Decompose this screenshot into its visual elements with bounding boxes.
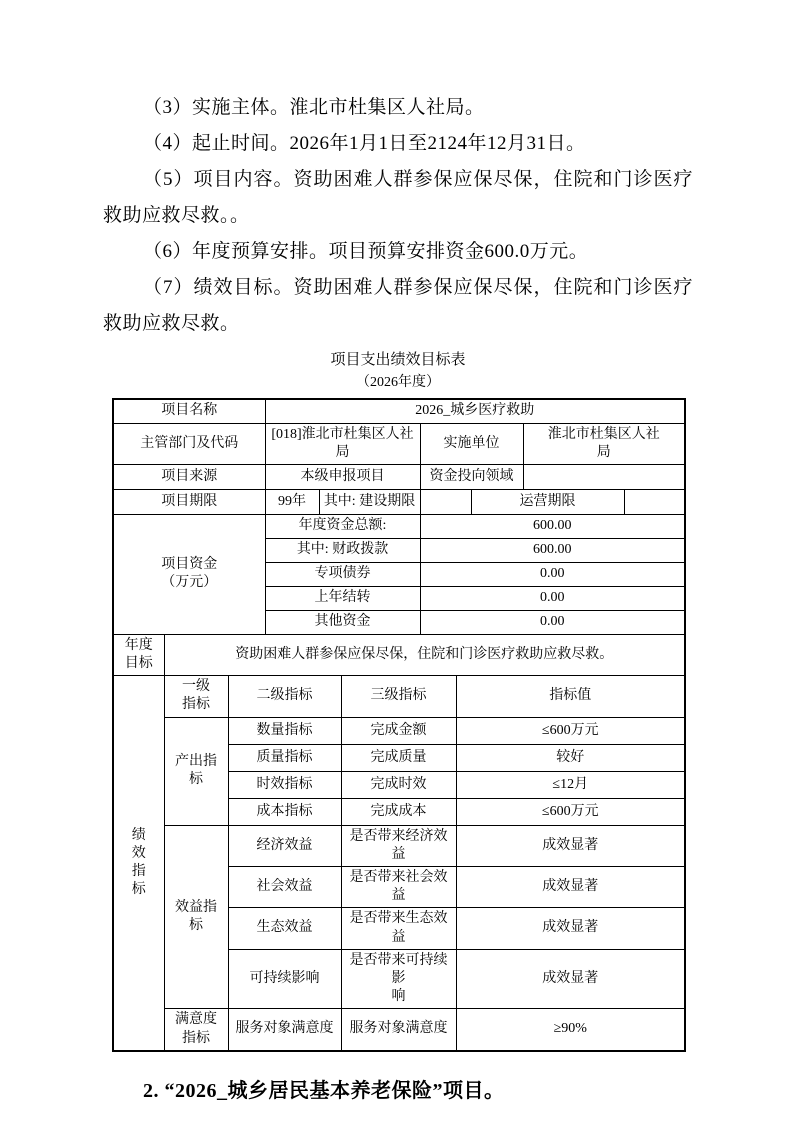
table-title: 项目支出绩效目标表 (103, 348, 693, 372)
project-name-label: 项目名称 (113, 399, 265, 423)
funds-row-label: 专项债券 (265, 562, 420, 586)
perf-value: 成效显著 (456, 867, 685, 908)
perf-value: ≤600万元 (456, 717, 685, 744)
perf-l2: 数量指标 (228, 717, 341, 744)
table-row: 项目来源 本级申报项目 资金投向领域 (113, 464, 685, 489)
perf-l3: 是否带来社会效益 (341, 867, 456, 908)
perf-l2: 成本指标 (228, 798, 341, 825)
table-row: 满意度 指标 服务对象满意度 服务对象满意度 ≥90% (113, 1009, 685, 1051)
perf-value: 成效显著 (456, 825, 685, 866)
paragraph-3: （3）实施主体。淮北市杜集区人社局。 (103, 90, 693, 126)
table-row: 效益指 标 经济效益 是否带来经济效益 成效显著 (113, 825, 685, 866)
perf-l2: 社会效益 (228, 867, 341, 908)
paragraph-7: （7）绩效目标。资助困难人群参保应保尽保，住院和门诊医疗救助应救尽救。 (103, 270, 693, 342)
perf-l2: 质量指标 (228, 744, 341, 771)
perf-header-l3: 三级指标 (341, 676, 456, 717)
performance-target-table: 项目名称 2026_城乡医疗救助 主管部门及代码 [018]淮北市杜集区人社局 … (112, 398, 686, 1052)
perf-l3: 是否带来可持续影 响 (341, 949, 456, 1009)
perf-header-l1: 一级 指标 (164, 676, 228, 717)
annual-goal-label: 年度 目标 (113, 634, 164, 675)
funds-row-value: 600.00 (420, 514, 685, 538)
funds-row-value: 0.00 (420, 586, 685, 610)
perf-header-l2: 二级指标 (228, 676, 341, 717)
fund-field-value (523, 464, 685, 489)
funds-label: 项目资金 （万元） (113, 514, 265, 634)
perf-l3: 完成金额 (341, 717, 456, 744)
perf-l3: 完成成本 (341, 798, 456, 825)
perf-group-satisfaction: 满意度 指标 (164, 1009, 228, 1051)
perf-value: ≤600万元 (456, 798, 685, 825)
table-row: 项目名称 2026_城乡医疗救助 (113, 399, 685, 423)
fund-field-label: 资金投向领域 (420, 464, 523, 489)
perf-l3: 是否带来生态效益 (341, 908, 456, 949)
project-name-value: 2026_城乡医疗救助 (265, 399, 685, 423)
funds-row-label: 上年结转 (265, 586, 420, 610)
period-value: 99年 (265, 489, 319, 514)
perf-l2: 经济效益 (228, 825, 341, 866)
impl-unit-label: 实施单位 (420, 423, 523, 464)
dept-label: 主管部门及代码 (113, 423, 265, 464)
funds-row-label: 其他资金 (265, 610, 420, 634)
op-period-value (624, 489, 685, 514)
paragraph-5: （5）项目内容。资助困难人群参保应保尽保，住院和门诊医疗救助应救尽救。。 (103, 162, 693, 234)
paragraph-4: （4）起止时间。2026年1月1日至2124年12月31日。 (103, 126, 693, 162)
perf-l2: 时效指标 (228, 771, 341, 798)
table-subtitle: （2026年度） (103, 372, 693, 394)
perf-l3: 服务对象满意度 (341, 1009, 456, 1051)
impl-unit-value: 淮北市杜集区人社 局 (523, 423, 685, 464)
table-row: 产出指 标 数量指标 完成金额 ≤600万元 (113, 717, 685, 744)
perf-l3: 完成时效 (341, 771, 456, 798)
perf-label: 绩 效 指 标 (113, 676, 164, 1051)
table-row: 项目期限 99年 其中: 建设期限 运营期限 (113, 489, 685, 514)
perf-group-output: 产出指 标 (164, 717, 228, 825)
funds-row-value: 600.00 (420, 538, 685, 562)
table-row: 年度 目标 资助困难人群参保应保尽保，住院和门诊医疗救助应救尽救。 (113, 634, 685, 675)
annual-goal-value: 资助困难人群参保应保尽保，住院和门诊医疗救助应救尽救。 (164, 634, 685, 675)
perf-group-benefit: 效益指 标 (164, 825, 228, 1009)
funds-row-label: 其中: 财政拨款 (265, 538, 420, 562)
funds-row-label: 年度资金总额: (265, 514, 420, 538)
perf-l2: 服务对象满意度 (228, 1009, 341, 1051)
dept-value: [018]淮北市杜集区人社局 (265, 423, 420, 464)
source-label: 项目来源 (113, 464, 265, 489)
perf-l2: 可持续影响 (228, 949, 341, 1009)
document-page: （3）实施主体。淮北市杜集区人社局。 （4）起止时间。2026年1月1日至212… (103, 90, 693, 1103)
perf-value: 较好 (456, 744, 685, 771)
perf-l3: 是否带来经济效益 (341, 825, 456, 866)
funds-row-value: 0.00 (420, 562, 685, 586)
perf-value: ≥90% (456, 1009, 685, 1051)
perf-l3: 完成质量 (341, 744, 456, 771)
perf-l2: 生态效益 (228, 908, 341, 949)
op-period-label: 运营期限 (471, 489, 624, 514)
build-period-label: 其中: 建设期限 (319, 489, 420, 514)
table-row: 项目资金 （万元） 年度资金总额: 600.00 (113, 514, 685, 538)
table-row: 主管部门及代码 [018]淮北市杜集区人社局 实施单位 淮北市杜集区人社 局 (113, 423, 685, 464)
source-value: 本级申报项目 (265, 464, 420, 489)
table-row: 绩 效 指 标 一级 指标 二级指标 三级指标 指标值 (113, 676, 685, 717)
funds-row-value: 0.00 (420, 610, 685, 634)
perf-value: 成效显著 (456, 908, 685, 949)
perf-value: 成效显著 (456, 949, 685, 1009)
build-period-value (420, 489, 471, 514)
perf-value: ≤12月 (456, 771, 685, 798)
period-label: 项目期限 (113, 489, 265, 514)
section-heading-project-2: 2. “2026_城乡居民基本养老保险”项目。 (103, 1074, 693, 1103)
perf-header-value: 指标值 (456, 676, 685, 717)
paragraph-6: （6）年度预算安排。项目预算安排资金600.0万元。 (103, 234, 693, 270)
